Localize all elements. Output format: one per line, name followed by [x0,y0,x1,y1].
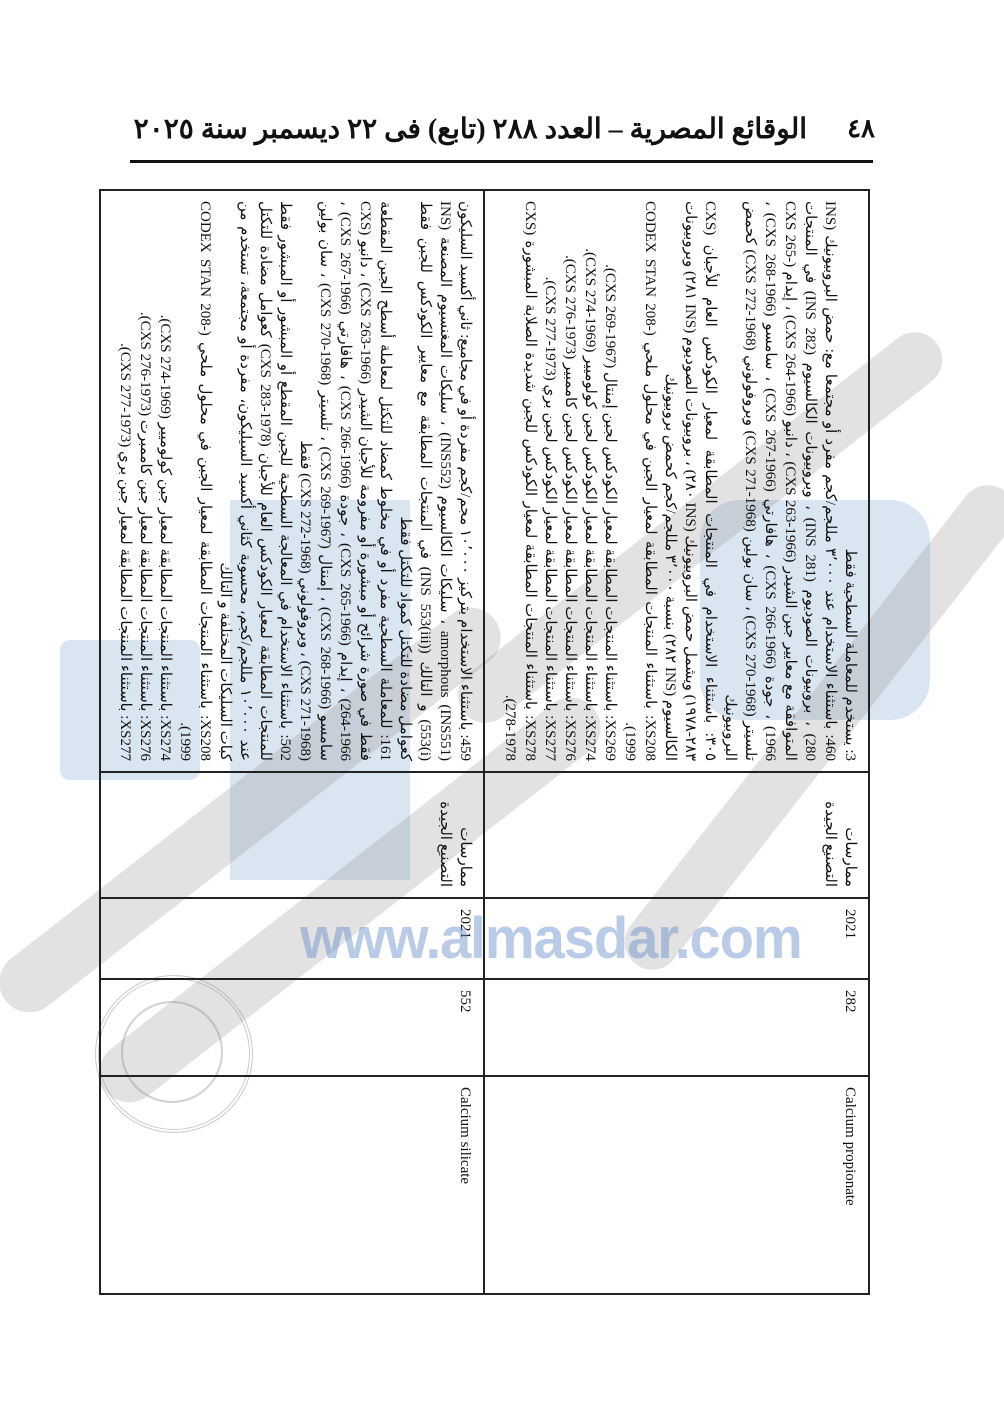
condition-note: 502: باستثناء الاستخدام في المعالجة السط… [215,201,295,761]
max-level-cell: ممارسات التصنيع الجيدة [100,772,484,898]
condition-note: XS277: باستثناء المنتجات المطابقة لمعيار… [540,201,560,761]
additive-name-cell: Calcium propionate [484,1076,869,1294]
condition-note: XS208: باستثناء المنتجات المطابقة لمعيار… [620,201,660,761]
condition-note: 161: للمعاملة السطحية مفرد أو في مخلوط ك… [295,201,395,761]
additives-table: 3: يستخدم للمعاملة السطحية فقط 460: باست… [99,189,870,1295]
condition-note: 460: باستثناء الاستخدام عند ٣٬٠٠٠ مللجم/… [720,201,840,761]
page-number: ٤٨ [847,114,875,144]
condition-note: XS274: باستثناء المنتجات المطابقة لمعيار… [580,201,600,761]
condition-note: 459: باستثناء الاستخدام بتركيز ١٠٬٠٠٠ مج… [395,201,475,761]
ins-number-cell: 282 [484,979,869,1076]
ins-number-cell: 552 [100,979,484,1076]
page-header: ٤٨ الوقائع المصرية – العدد ٢٨٨ (تابع) فى… [130,104,875,154]
condition-note: XS276: باستثناء المنتجات المطابقة لمعيار… [560,201,580,761]
condition-note: XS208: باستثناء المنتجات المطابقة لمعيار… [175,201,215,761]
condition-note: XS269: باستثناء المنتجات المطابقة لمعيار… [600,201,620,761]
table-row: 3: يستخدم للمعاملة السطحية فقط 460: باست… [484,190,869,1294]
condition-note: 3: يستخدم للمعاملة السطحية فقط [840,201,860,761]
condition-note: XS274: باستثناء المنتجات المطابقة لمعيار… [155,201,175,761]
additive-name-cell: Calcium silicate [100,1076,484,1294]
conditions-cell: 459: باستثناء الاستخدام بتركيز ١٠٬٠٠٠ مج… [100,190,484,772]
condition-note: XS276: باستثناء المنتجات المطابقة لمعيار… [135,201,155,761]
table-row: 459: باستثناء الاستخدام بتركيز ١٠٬٠٠٠ مج… [100,190,484,1294]
conditions-cell: 3: يستخدم للمعاملة السطحية فقط 460: باست… [484,190,869,772]
condition-note: XS277: باستثناء المنتجات المطابقة لمعيار… [115,201,135,761]
gazette-title: الوقائع المصرية – العدد ٢٨٨ (تابع) فى ٢٢… [134,112,807,146]
condition-note: ٣٠٥: باستثناء الاستخدام في المنتجات المط… [660,201,720,761]
condition-note: XS278: باستثناء المنتجات المطابقة لمعيار… [500,201,540,761]
additives-table-container: 3: يستخدم للمعاملة السطحية فقط 460: باست… [133,189,870,1293]
header-divider [130,160,873,163]
watermark-url: www.almasdar.com [300,903,802,971]
max-level-cell: ممارسات التصنيع الجيدة [484,772,869,898]
